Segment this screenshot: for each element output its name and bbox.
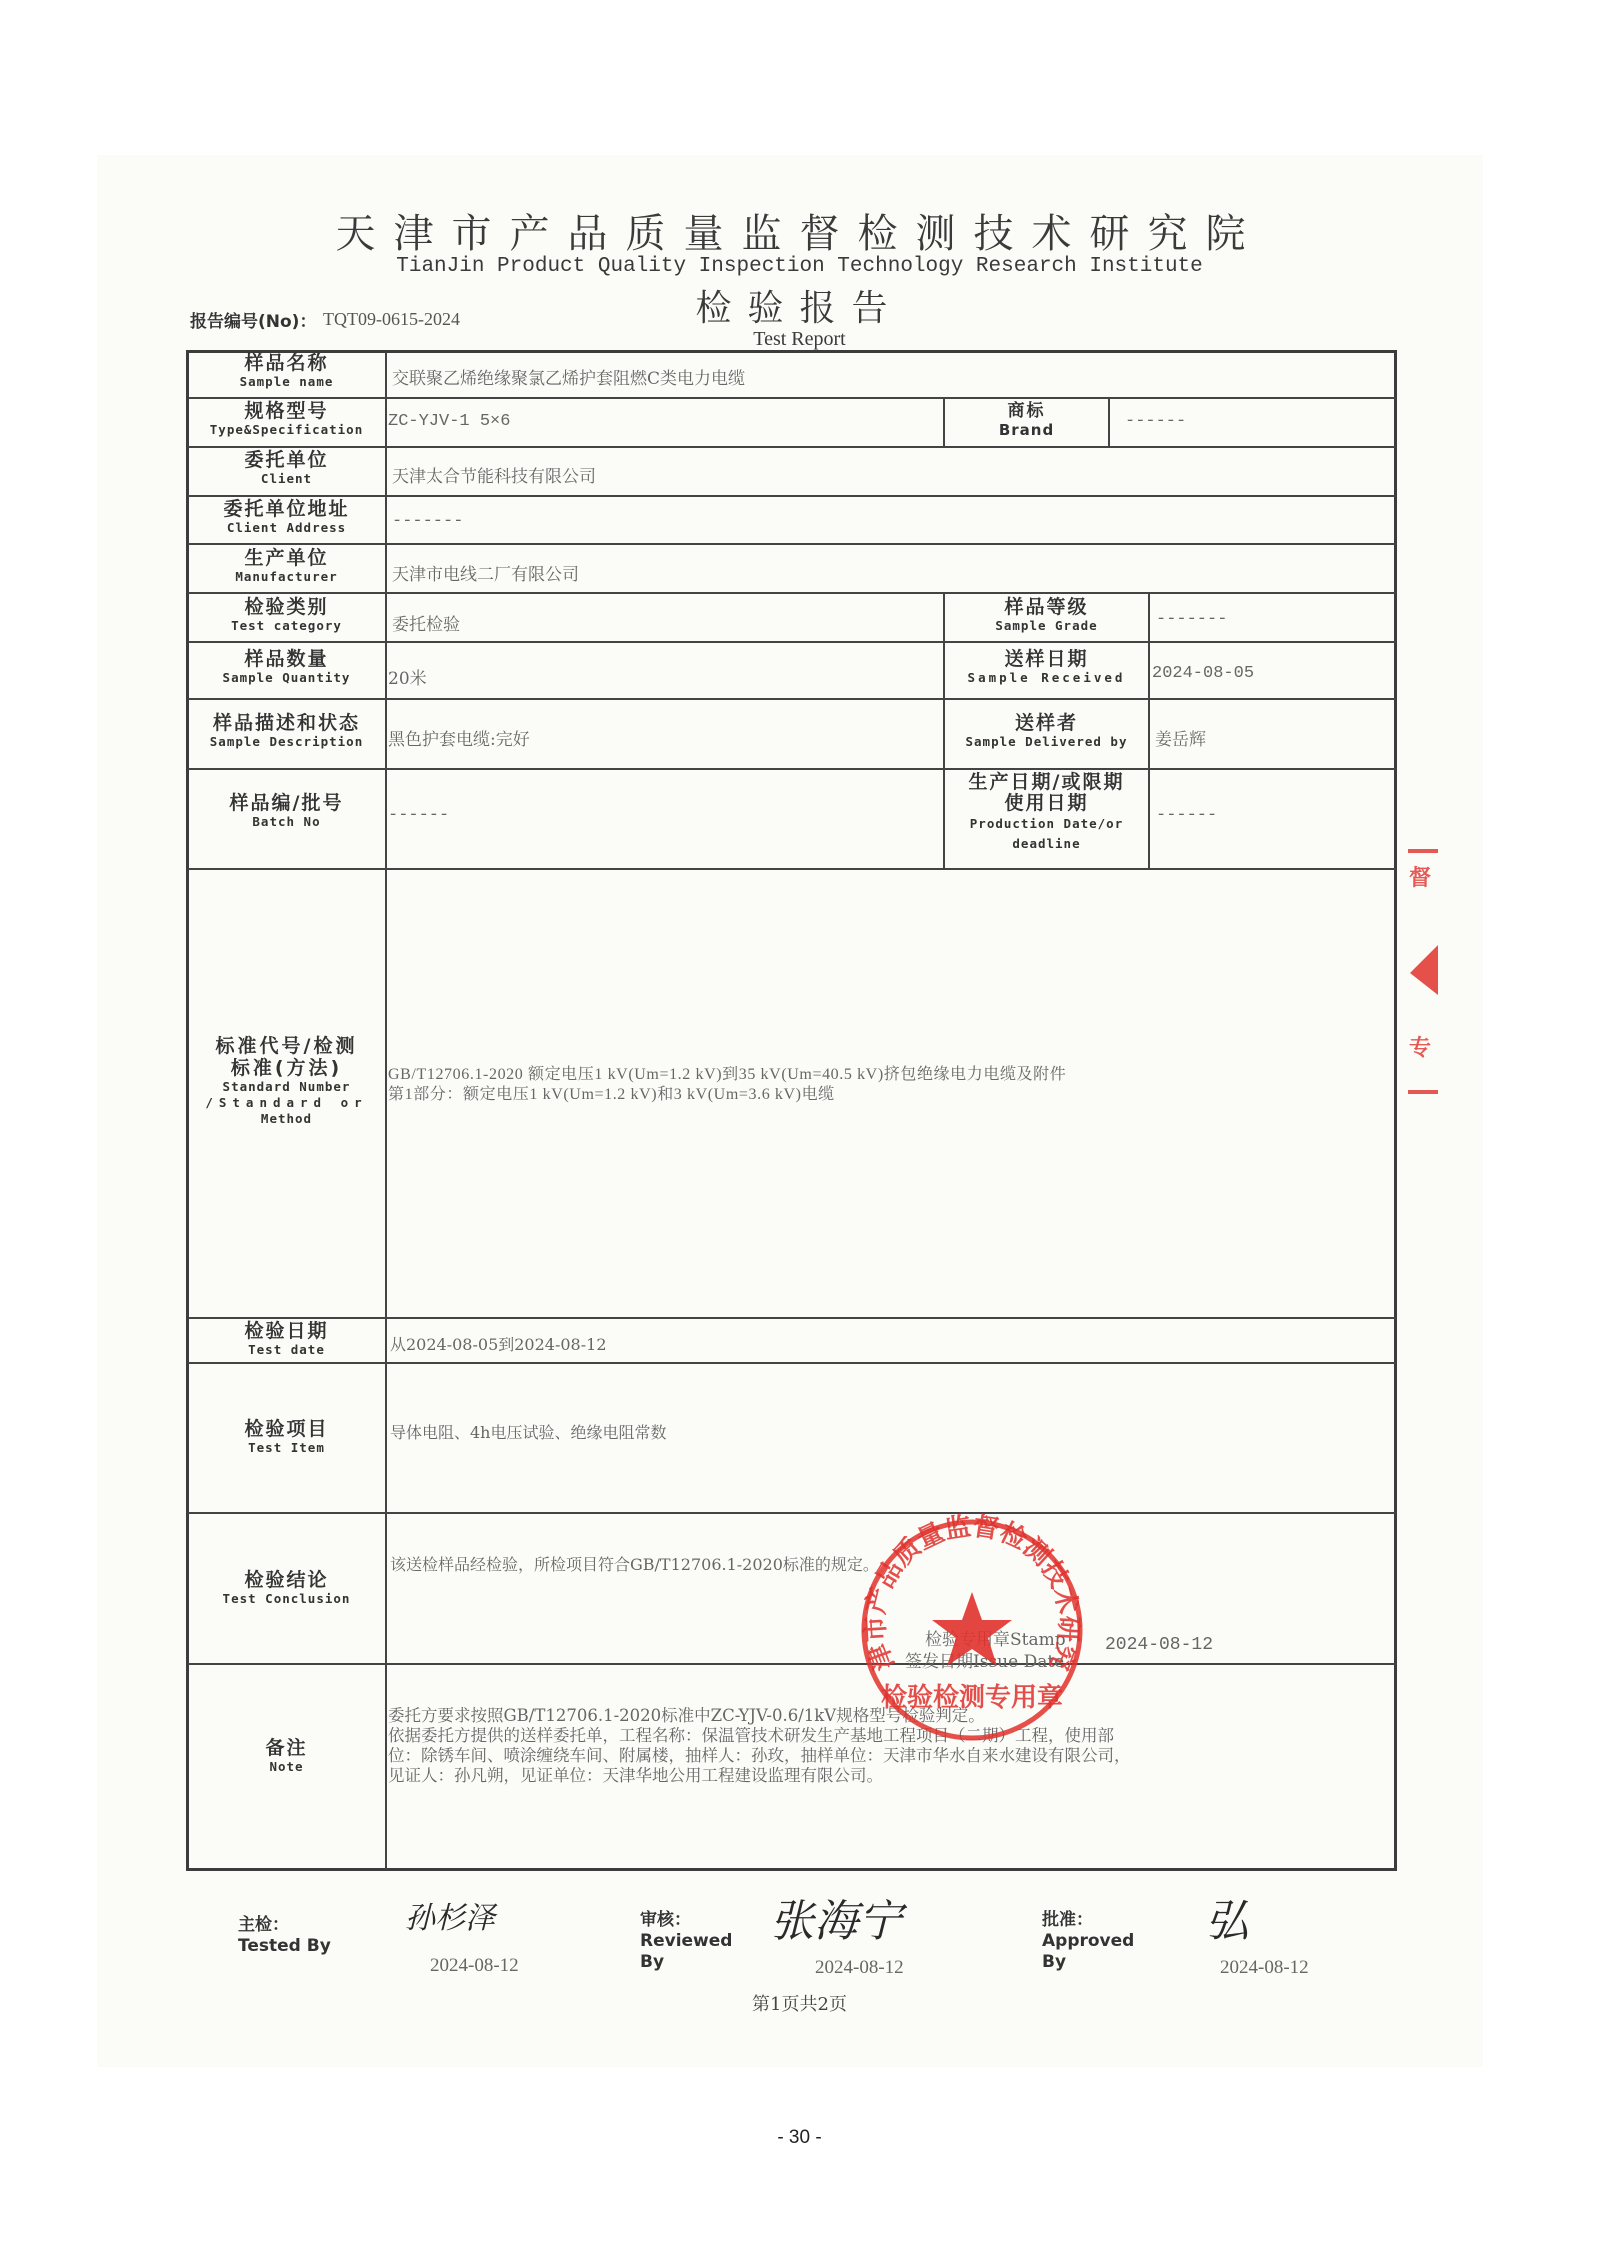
value-client-address: ------- (392, 512, 463, 531)
label-client: 委托单位Client (188, 449, 385, 487)
tested-by-date: 2024-08-12 (430, 1955, 519, 1977)
label-sample-grade: 样品等级Sample Grade (945, 596, 1148, 634)
label-sample-name: 样品名称Sample name (188, 352, 385, 390)
approved-by-label: 批准：ApprovedBy (1042, 1910, 1134, 1973)
label-type-spec: 规格型号Type&Specification (188, 400, 385, 438)
value-conclusion: 该送检样品经检验，所检项目符合GB/T12706.1-2020标准的规定。 (390, 1552, 879, 1575)
label-test-item: 检验项目Test Item (188, 1418, 385, 1456)
value-standard-line-2: 第1部分：额定电压1 kV(Um=1.2 kV)和3 kV(Um=3.6 kV)… (388, 1081, 835, 1104)
svg-text:督: 督 (1409, 865, 1431, 891)
label-test-date: 检验日期Test date (188, 1320, 385, 1358)
value-test-date: 从2024-08-05到2024-08-12 (390, 1332, 607, 1355)
value-delivered-by: 姜岳辉 (1155, 725, 1206, 750)
label-test-category: 检验类别Test category (188, 596, 385, 634)
label-batch-no: 样品编/批号Batch No (188, 792, 385, 830)
reviewed-by-label: 审核：ReviewedBy (640, 1910, 732, 1973)
value-manufacturer: 天津市电线二厂有限公司 (392, 560, 579, 585)
tested-by-label: 主检：Tested By (238, 1915, 331, 1957)
label-sample-quantity: 样品数量Sample Quantity (188, 648, 385, 686)
value-sample-description: 黑色护套电缆:完好 (388, 725, 530, 750)
official-stamp: 天津市产品质量监督检测技术研究院 检验检测专用章 (852, 1510, 1092, 1750)
page-number: - 30 - (0, 2127, 1599, 2149)
label-delivered-by: 送样者Sample Delivered by (945, 712, 1148, 750)
label-brand: 商标Brand (945, 400, 1108, 438)
label-conclusion: 检验结论Test Conclusion (188, 1569, 385, 1607)
label-production-date: 生产日期/或限期 使用日期 Production Date/or deadlin… (945, 772, 1148, 854)
value-sample-grade: ------- (1156, 610, 1227, 629)
value-client: 天津太合节能科技有限公司 (392, 462, 596, 487)
label-sample-received: 送样日期Sample Received (945, 648, 1148, 686)
value-sample-name: 交联聚乙烯绝缘聚氯乙烯护套阻燃C类电力电缆 (392, 364, 745, 389)
label-client-address: 委托单位地址Client Address (188, 498, 385, 536)
report-number-label: 报告编号(No)： (190, 307, 316, 332)
star-icon (932, 1592, 1012, 1666)
value-sample-quantity: 20米 (388, 664, 427, 689)
value-sample-received: 2024-08-05 (1152, 664, 1254, 683)
approved-by-signature: 弘 (1205, 1885, 1249, 1949)
svg-text:专: 专 (1409, 1035, 1431, 1061)
label-sample-description: 样品描述和状态Sample Description (188, 712, 385, 750)
institute-name-cn: 天津市产品质量监督检测技术研究院 (0, 202, 1599, 259)
label-note: 备注Note (188, 1737, 385, 1775)
value-test-category: 委托检验 (392, 610, 460, 635)
institute-name-en: TianJin Product Quality Inspection Techn… (0, 255, 1599, 278)
seam-stamp: 督 专 (1400, 845, 1440, 1115)
value-test-item: 导体电阻、4h电压试验、绝缘电阻常数 (390, 1420, 667, 1443)
svg-text:检验检测专用章: 检验检测专用章 (881, 1682, 1063, 1713)
value-production-date: ------ (1156, 806, 1217, 825)
report-number: TQT09-0615-2024 (323, 309, 460, 330)
label-standard: 标准代号/检测 标准(方法) Standard Number /Standard… (188, 1035, 385, 1127)
page-of-indicator: 第1页共2页 (0, 1990, 1599, 2016)
issue-date: 2024-08-12 (1105, 1635, 1213, 1655)
value-type-spec: ZC-YJV-1 5×6 (388, 412, 510, 431)
reviewed-by-date: 2024-08-12 (815, 1957, 904, 1979)
reviewed-by-signature: 张海宁 (770, 1885, 902, 1949)
label-manufacturer: 生产单位Manufacturer (188, 547, 385, 585)
star-icon (1410, 945, 1438, 995)
value-batch-no: ------ (388, 806, 449, 825)
approved-by-date: 2024-08-12 (1220, 1957, 1309, 1979)
tested-by-signature: 孙杉泽 (405, 1893, 495, 1937)
value-brand: ------ (1125, 412, 1186, 431)
note-line: 见证人：孙凡朔，见证单位：天津华地公用工程建设监理有限公司。 (388, 1766, 1388, 1786)
